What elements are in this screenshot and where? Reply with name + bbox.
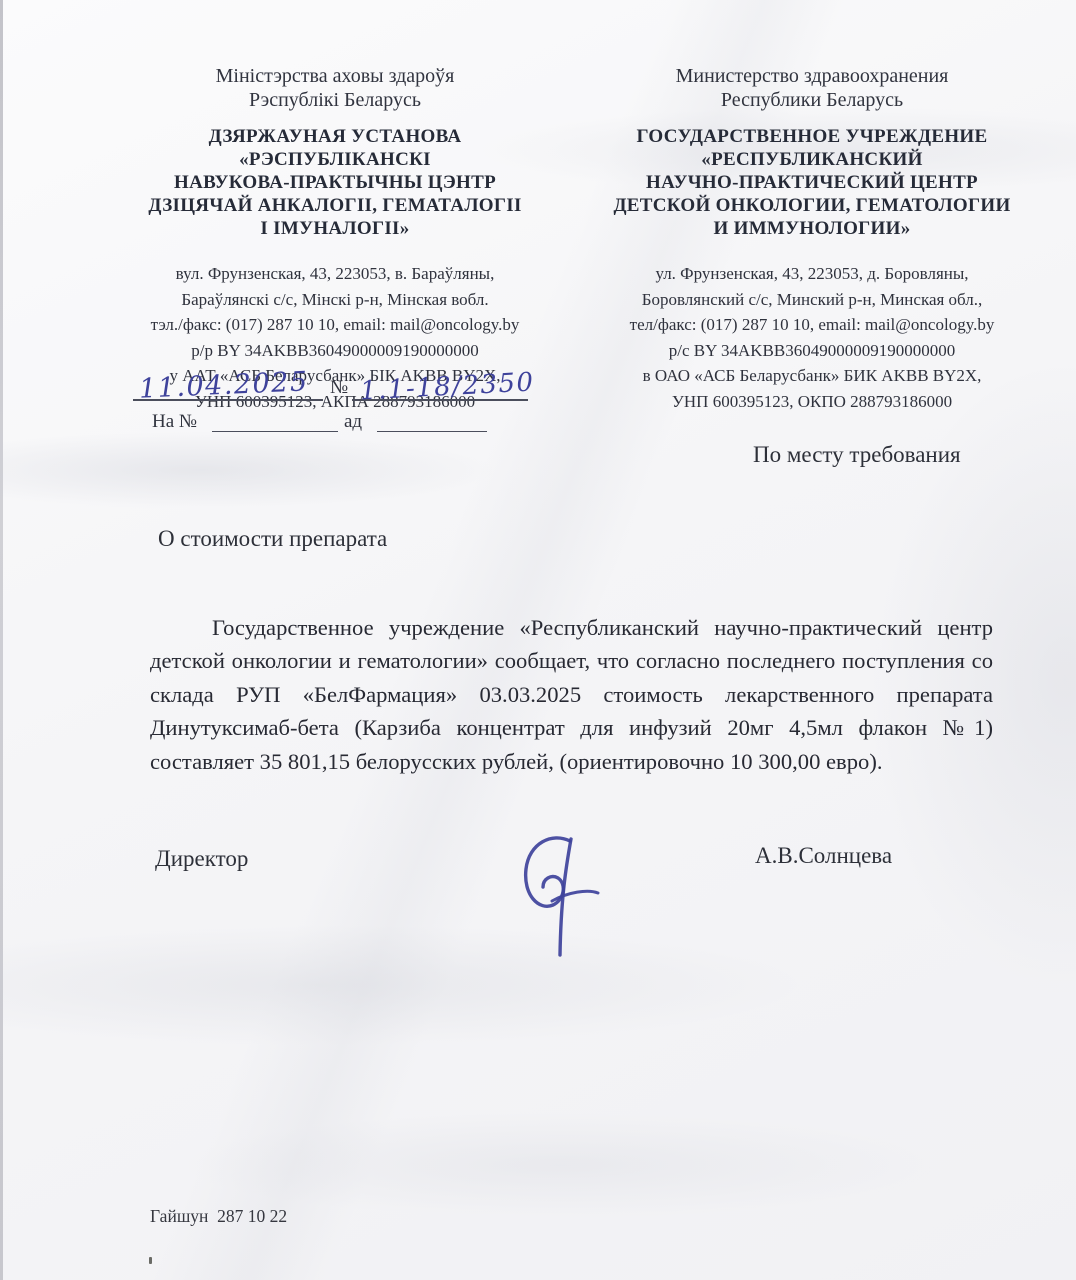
- recipient-line: По месту требования: [753, 442, 961, 468]
- signer-name: А.В.Солнцева: [755, 843, 892, 869]
- org-line: ДЕТСКОЙ ОНКОЛОГИИ, ГЕМАТОЛОГИИ: [588, 194, 1036, 217]
- org-line: И ИММУНОЛОГИИ»: [588, 217, 1036, 240]
- executor-contact: Гайшун 287 10 22: [150, 1206, 287, 1227]
- address-line: вул. Фрунзенская, 43, 223053, в. Бараўля…: [98, 261, 572, 287]
- scan-speck: [149, 1257, 152, 1264]
- organization-name-ru: ГОСУДАРСТВЕННОЕ УЧРЕЖДЕНИЕ «РЕСПУБЛИКАНС…: [588, 125, 1036, 240]
- letter-body: Государственное учреждение «Республиканс…: [150, 611, 993, 778]
- address-line: Боровлянский с/с, Минский р-н, Минская о…: [588, 287, 1036, 313]
- date-blank-line: 11.04.2025: [133, 369, 323, 401]
- address-line: в ОАО «АСБ Беларусбанк» БИК AKBB BY2X,: [588, 363, 1036, 389]
- ministry-line: Міністэрства аховы здароўя: [98, 64, 572, 88]
- address-line: р/р BY 34AKBB36049000009190000000: [98, 338, 572, 364]
- address-line: тэл./факс: (017) 287 10 10, email: mail@…: [98, 312, 572, 338]
- number-sign-label: №: [330, 377, 348, 399]
- ministry-name-be: Міністэрства аховы здароўя Рэспублікі Бе…: [98, 64, 572, 112]
- address-block-ru: ул. Фрунзенская, 43, 223053, д. Боровлян…: [588, 261, 1036, 414]
- address-line: р/с BY 34AKBB36049000009190000000: [588, 338, 1036, 364]
- signer-role: Директор: [155, 846, 248, 872]
- scan-edge-shadow: [0, 0, 3, 1280]
- ministry-name-ru: Министерство здравоохранения Республики …: [588, 64, 1036, 112]
- ministry-line: Министерство здравоохранения: [588, 64, 1036, 88]
- reply-to-number-label: На №: [152, 411, 197, 433]
- org-line: НАВУКОВА-ПРАКТЫЧНЫ ЦЭНТР: [98, 171, 572, 194]
- reply-from-date-label: ад: [344, 411, 362, 433]
- number-blank-line: 1.1-18/2350: [352, 367, 528, 401]
- address-line: УНП 600395123, ОКПО 288793186000: [588, 389, 1036, 415]
- handwritten-signature: [492, 831, 618, 959]
- org-line: І ІМУНАЛОГІІ»: [98, 217, 572, 240]
- scanned-letter-page: Міністэрства аховы здароўя Рэспублікі Бе…: [0, 0, 1076, 1280]
- org-line: «РЭСПУБЛІКАНСКІ: [98, 148, 572, 171]
- letterhead-left-column: Міністэрства аховы здароўя Рэспублікі Бе…: [98, 64, 572, 414]
- subject-line: О стоимости препарата: [158, 526, 387, 552]
- reply-number-blank-line: [212, 412, 338, 432]
- handwritten-outgoing-number: 1.1-18/2350: [359, 367, 535, 406]
- ministry-line: Рэспублікі Беларусь: [98, 88, 572, 112]
- ministry-line: Республики Беларусь: [588, 88, 1036, 112]
- org-line: НАУЧНО-ПРАКТИЧЕСКИЙ ЦЕНТР: [588, 171, 1036, 194]
- letterhead-right-column: Министерство здравоохранения Республики …: [588, 64, 1036, 414]
- organization-name-be: ДЗЯРЖАУНАЯ УСТАНОВА «РЭСПУБЛІКАНСКІ НАВУ…: [98, 125, 572, 240]
- handwritten-date: 11.04.2025: [138, 366, 309, 404]
- org-line: ДЗІЦЯЧАЙ АНКАЛОГІІ, ГЕМАТАЛОГІІ: [98, 194, 572, 217]
- address-line: Бараўлянскі с/с, Мінскі р-н, Мінская воб…: [98, 287, 572, 313]
- org-line: «РЕСПУБЛИКАНСКИЙ: [588, 148, 1036, 171]
- address-line: тел/факс: (017) 287 10 10, email: mail@o…: [588, 312, 1036, 338]
- reply-date-blank-line: [377, 412, 487, 432]
- org-line: ДЗЯРЖАУНАЯ УСТАНОВА: [98, 125, 572, 148]
- org-line: ГОСУДАРСТВЕННОЕ УЧРЕЖДЕНИЕ: [588, 125, 1036, 148]
- address-line: ул. Фрунзенская, 43, 223053, д. Боровлян…: [588, 261, 1036, 287]
